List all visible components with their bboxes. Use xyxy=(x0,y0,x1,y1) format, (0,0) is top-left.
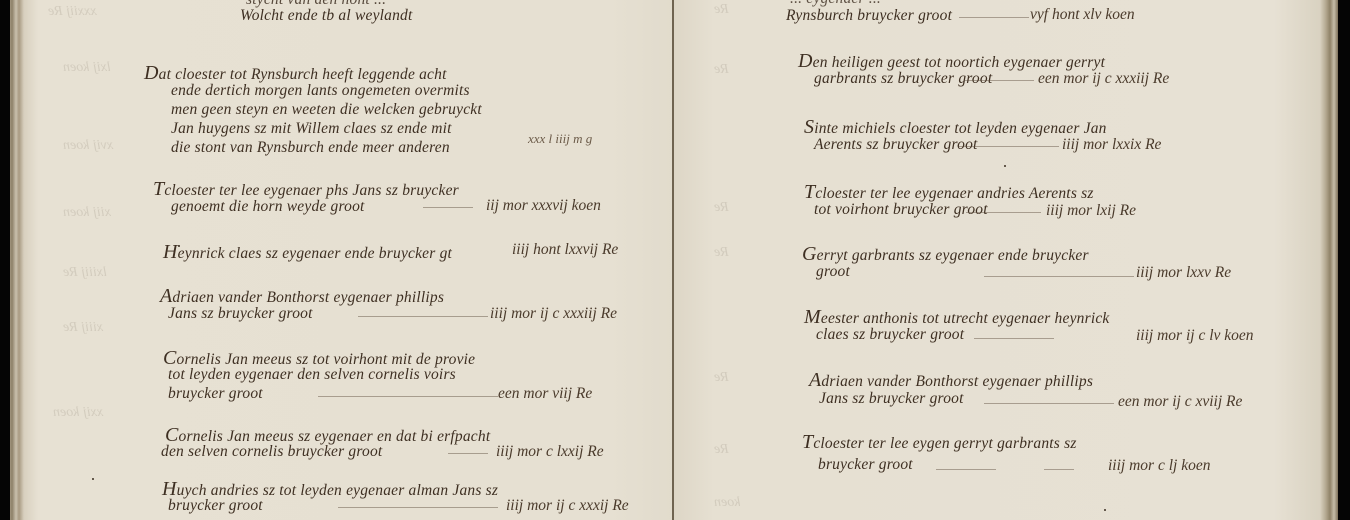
ink-speck xyxy=(1104,509,1106,511)
entry-amount: iiij mor c lj koen xyxy=(1108,457,1210,475)
entry-line: Adriaen vander Bonthorst eygenaer philli… xyxy=(809,369,1093,392)
separator-dash xyxy=(959,146,1059,147)
bleed-text: xiiij Re xyxy=(63,320,103,336)
separator-dash xyxy=(964,80,1034,81)
entry-amount: iiij mor c lxxij Re xyxy=(496,443,604,461)
entry-amount: iiij mor lxxix Re xyxy=(1062,136,1161,154)
entry-amount: iiij mor lxxv Re xyxy=(1136,264,1231,282)
entry-line: Aerents sz bruycker groot xyxy=(814,136,978,154)
bleed-text: Re xyxy=(714,370,729,386)
bleed-text: lxij koen xyxy=(63,60,111,76)
separator-dash xyxy=(358,316,488,317)
ink-speck xyxy=(92,478,94,480)
entry-line: die stont van Rynsburch ende meer andere… xyxy=(171,139,450,157)
bleed-text: xiij koen xyxy=(63,205,111,221)
separator-dash xyxy=(448,453,488,454)
entry-line: men geen steyn en weeten die welcken geb… xyxy=(171,101,482,119)
entry-amount: xxx l iiij m g xyxy=(528,131,592,147)
separator-dash xyxy=(1044,469,1074,470)
ink-speck xyxy=(1004,165,1006,167)
right-page: Re Re Re Re Re Re koen ... eygenaer ... … xyxy=(674,0,1338,520)
entry-line: tot leyden eygenaer den selven cornelis … xyxy=(168,366,456,384)
bleed-text: lxiiij Re xyxy=(63,265,107,281)
entry-line: Jans sz bruycker groot xyxy=(168,305,313,323)
entry-line: ende dertich morgen lants ongemeten over… xyxy=(171,82,470,100)
entry-line: bruycker groot xyxy=(818,456,913,474)
bleed-text: Re xyxy=(714,245,729,261)
entry-line: bruycker groot xyxy=(168,497,263,515)
entry-line: bruycker groot xyxy=(168,385,263,403)
entry-amount: vyf hont xlv koen xyxy=(1030,6,1135,24)
entry-line: claes sz bruycker groot xyxy=(816,326,964,344)
separator-dash xyxy=(318,396,498,397)
entry-amount: iiij hont lxxvij Re xyxy=(512,241,618,259)
entry-amount: een mor viij Re xyxy=(498,385,592,403)
entry-amount: iiij mor lxij Re xyxy=(1046,202,1136,220)
background-edge-left xyxy=(0,0,10,520)
entry-amount: iij mor xxxvij koen xyxy=(486,197,601,215)
separator-dash xyxy=(959,17,1029,18)
entry-line: tot voirhont bruycker groot xyxy=(814,201,988,219)
separator-dash xyxy=(936,469,996,470)
background-edge-right xyxy=(1338,0,1350,520)
bleed-text: Re xyxy=(714,62,729,78)
entry-amount: iiij mor ij c xxxiij Re xyxy=(490,305,617,323)
entry-amount: een mor ij c xviij Re xyxy=(1118,393,1242,411)
separator-dash xyxy=(966,212,1041,213)
separator-dash xyxy=(338,507,498,508)
entry-line: genoemt die horn weyde groot xyxy=(171,198,365,216)
entry-line: garbrants sz bruycker groot xyxy=(814,70,992,88)
manuscript-spread: xxxiij Re lxij koen xvij koen xiij koen … xyxy=(0,0,1350,520)
entry-line: den selven cornelis bruycker groot xyxy=(161,443,382,461)
bleed-text: xxij koen xyxy=(53,405,103,421)
bleed-text: Re xyxy=(714,2,729,18)
bleed-text: koen xyxy=(714,495,740,511)
bleed-text: xvij koen xyxy=(63,138,113,154)
entry-line: Tcloester ter lee eygen gerryt garbrants… xyxy=(802,431,1077,454)
entry-line: Heynrick claes sz eygenaer ende bruycker… xyxy=(163,241,452,264)
entry-amount: een mor ij c xxxiij Re xyxy=(1038,70,1169,88)
entry-amount: iiij mor ij c xxxij Re xyxy=(506,497,629,515)
entry-line: groot xyxy=(816,263,850,281)
bleed-text: Re xyxy=(714,442,729,458)
fragment-line: Wolcht ende tb al weylandt xyxy=(240,7,413,25)
bleed-text: xxxiij Re xyxy=(48,4,97,20)
separator-dash xyxy=(984,403,1114,404)
separator-dash xyxy=(423,207,473,208)
fragment-line: Rynsburch bruycker groot xyxy=(786,7,952,25)
separator-dash xyxy=(974,338,1054,339)
separator-dash xyxy=(984,276,1134,277)
entry-amount: iiij mor ij c lv koen xyxy=(1136,327,1254,345)
ink-speck xyxy=(178,245,180,247)
bleed-text: Re xyxy=(714,200,729,216)
left-page: xxxiij Re lxij koen xvij koen xiij koen … xyxy=(8,0,674,520)
entry-line: Jans sz bruycker groot xyxy=(819,390,964,408)
entry-line: Jan huygens sz mit Willem claes sz ende … xyxy=(171,120,452,138)
